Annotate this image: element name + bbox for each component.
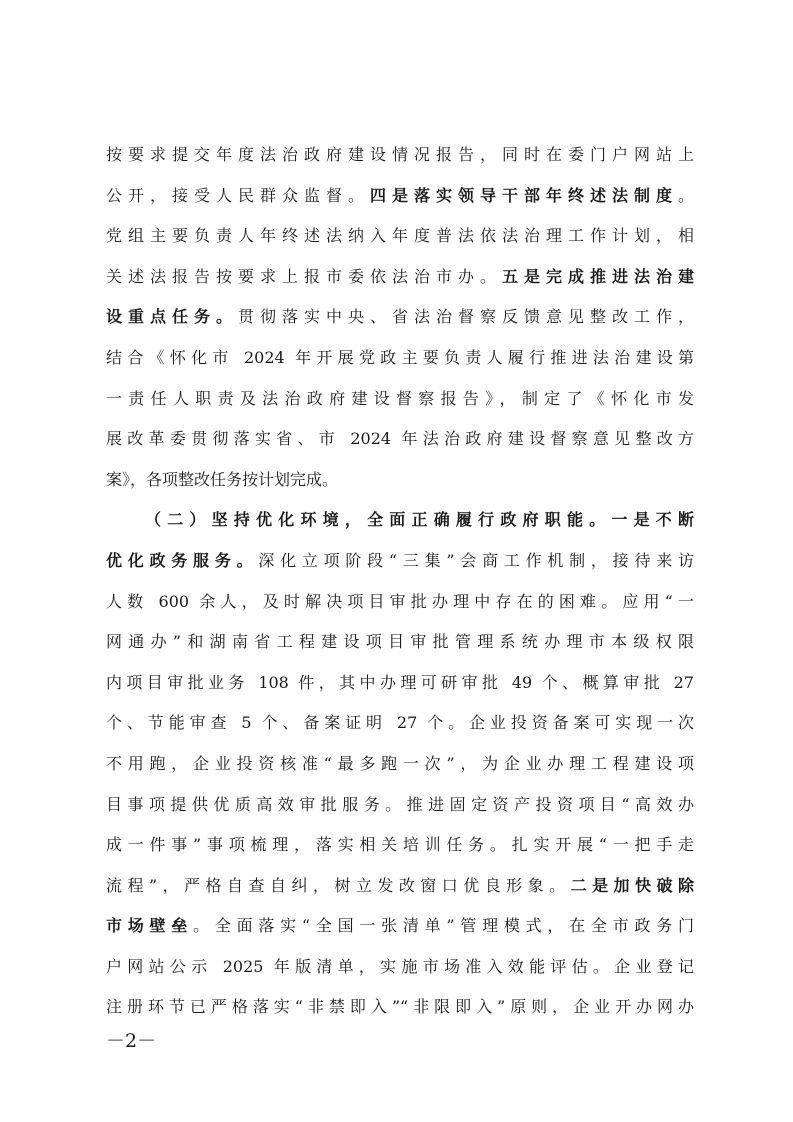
document-body: 按要求提交年度法治政府建设情况报告，同时在委门户网站上 公开，接受人民群众监督。… — [106, 142, 694, 1035]
text-segment: 案》，各项整改任务按计划完成。 — [106, 470, 338, 489]
text-segment: 党组主要负责人年终述法纳入年度普法依法治理工作计划，相 — [106, 226, 694, 245]
text-segment: 贯彻落实中央、省法治督察反馈意见整改工作， — [238, 307, 694, 326]
text-segment: 注册环节已严格落实“非禁即入”“非限即入”原则，企业开办网办 — [106, 997, 694, 1016]
text-line: 内项目审批业务 108 件，其中办理可研审批 49 个、概算审批 27 — [106, 670, 694, 711]
text-segment: 按要求提交年度法治政府建设情况报告，同时在委门户网站上 — [106, 145, 694, 164]
bold-heading-segment: 二是加快破除 — [571, 876, 694, 895]
text-line: 一责任人职责及法治政府建设督察报告》，制定了《怀化市发 — [106, 386, 694, 427]
text-segment: 结合《怀化市 2024 年开展党政主要负责人履行推进法治建设第 — [106, 348, 694, 367]
text-segment: 内项目审批业务 108 件，其中办理可研审批 49 个、概算审批 27 — [106, 673, 694, 692]
text-segment: 。 — [678, 186, 694, 205]
text-line: 个、节能审查 5 个、备案证明 27 个。企业投资备案可实现一次 — [106, 710, 694, 751]
text-line: 党组主要负责人年终述法纳入年度普法依法治理工作计划，相 — [106, 223, 694, 264]
text-segment: 人数 600 余人，及时解决项目审批办理中存在的困难。应用“一 — [106, 592, 694, 611]
text-line: 流程”，严格自查自纠，树立发改窗口优良形象。二是加快破除 — [106, 873, 694, 914]
section-heading: （二）坚持优化环境，全面正确履行政府职能。一是不断 — [145, 510, 694, 529]
text-segment: 户网站公示 2025 年版清单，实施市场准入效能评估。企业登记 — [106, 957, 694, 976]
text-segment: 目事项提供优质高效审批服务。推进固定资产投资项目“高效办 — [106, 795, 694, 814]
bold-heading-segment: 设重点任务。 — [106, 307, 238, 326]
bold-heading-segment: 优化政务服务。 — [106, 551, 258, 570]
text-segment: 流程”，严格自查自纠，树立发改窗口优良形象。 — [106, 876, 571, 895]
text-segment: 深化立项阶段“三集”会商工作机制，接待来访 — [258, 551, 694, 570]
text-segment: 个、节能审查 5 个、备案证明 27 个。企业投资备案可实现一次 — [106, 713, 694, 732]
text-line: 网通办”和湖南省工程建设项目审批管理系统办理市本级权限 — [106, 629, 694, 670]
text-segment: 公开，接受人民群众监督。 — [106, 186, 370, 205]
text-line: 展改革委贯彻落实省、市 2024 年法治政府建设督察意见整改方 — [106, 426, 694, 467]
text-line: 目事项提供优质高效审批服务。推进固定资产投资项目“高效办 — [106, 792, 694, 833]
text-line: 公开，接受人民群众监督。四是落实领导干部年终述法制度。 — [106, 183, 694, 224]
text-line: 人数 600 余人，及时解决项目审批办理中存在的困难。应用“一 — [106, 589, 694, 630]
section-heading-line: （二）坚持优化环境，全面正确履行政府职能。一是不断 — [106, 507, 694, 548]
page-number: －2－ — [106, 1026, 156, 1053]
text-segment: 网通办”和湖南省工程建设项目审批管理系统办理市本级权限 — [106, 632, 694, 651]
text-line: 优化政务服务。深化立项阶段“三集”会商工作机制，接待来访 — [106, 548, 694, 589]
text-segment: 展改革委贯彻落实省、市 2024 年法治政府建设督察意见整改方 — [106, 429, 694, 448]
text-segment: 一责任人职责及法治政府建设督察报告》，制定了《怀化市发 — [106, 389, 694, 408]
text-line: 户网站公示 2025 年版清单，实施市场准入效能评估。企业登记 — [106, 954, 694, 995]
bold-heading-segment: 市场壁垒 — [106, 916, 193, 935]
text-line: 关述法报告按要求上报市委依法治市办。五是完成推进法治建 — [106, 264, 694, 305]
text-segment: 关述法报告按要求上报市委依法治市办。 — [106, 267, 502, 286]
text-segment: 成一件事”事项梳理，落实相关培训任务。扎实开展“一把手走 — [106, 835, 694, 854]
text-line: 结合《怀化市 2024 年开展党政主要负责人履行推进法治建设第 — [106, 345, 694, 386]
text-line: 注册环节已严格落实“非禁即入”“非限即入”原则，企业开办网办 — [106, 994, 694, 1035]
text-line: 成一件事”事项梳理，落实相关培训任务。扎实开展“一把手走 — [106, 832, 694, 873]
text-line: 设重点任务。贯彻落实中央、省法治督察反馈意见整改工作， — [106, 304, 694, 345]
bold-heading-segment: 五是完成推进法治建 — [502, 267, 694, 286]
text-segment: 。全面落实“全国一张清单”管理模式，在全市政务门 — [193, 916, 694, 935]
text-line: 案》，各项整改任务按计划完成。 — [106, 467, 694, 508]
text-line: 不用跑，企业投资核准“最多跑一次”，为企业办理工程建设项 — [106, 751, 694, 792]
text-line: 按要求提交年度法治政府建设情况报告，同时在委门户网站上 — [106, 142, 694, 183]
text-segment: 不用跑，企业投资核准“最多跑一次”，为企业办理工程建设项 — [106, 754, 694, 773]
bold-heading-segment: 四是落实领导干部年终述法制度 — [370, 186, 678, 205]
text-line: 市场壁垒。全面落实“全国一张清单”管理模式，在全市政务门 — [106, 913, 694, 954]
